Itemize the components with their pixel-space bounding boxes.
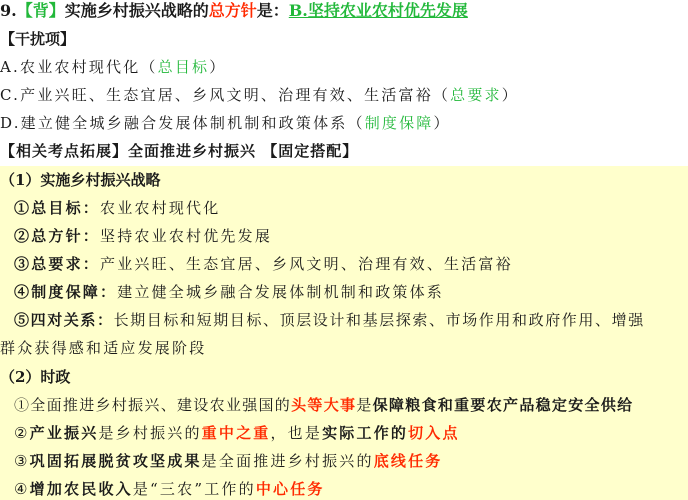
option-label: A.	[0, 58, 20, 76]
item-text: 建立健全城乡融合发展体制机制和政策体系	[117, 283, 444, 301]
item-text: 长期目标和短期目标、顶层设计和基层探索、市场作用和政府作用、增强	[114, 311, 645, 329]
item-key: ④制度保障：	[14, 283, 117, 301]
item-text: 农业农村现代化	[100, 199, 220, 217]
item-text: 坚持农业农村优先发展	[100, 227, 272, 245]
option-tag: 总要求	[450, 86, 502, 104]
item-text: 是乡村振兴的	[98, 424, 201, 442]
item-highlight: 底线任务	[374, 452, 443, 470]
item-text: ，也是	[270, 424, 322, 442]
item-emphasis: 巩固拓展脱贫攻坚成果	[30, 452, 202, 470]
section1-item-4: ④制度保障：建立健全城乡融合发展体制机制和政策体系	[14, 280, 444, 304]
option-close: ）	[434, 114, 451, 132]
stem-prefix: 实施乡村振兴战略的	[65, 1, 209, 20]
option-text: 产业兴旺、生态宜居、乡风文明、治理有效、生活富裕（	[20, 86, 450, 104]
item-text: ④	[14, 480, 30, 498]
item-highlight: 切入点	[408, 424, 460, 442]
item-text: 是	[356, 396, 372, 414]
section2-item-4: ④增加农民收入是“三农”工作的中心任务	[14, 477, 325, 500]
distractor-a: A.农业农村现代化（总目标）	[0, 55, 226, 79]
option-close: ）	[502, 86, 519, 104]
item-text: ③	[14, 452, 30, 470]
item-text: 是全面推进乡村振兴的	[202, 452, 374, 470]
distractors-heading: 【干扰项】	[0, 27, 75, 51]
memorize-tag: 【背】	[17, 1, 65, 20]
section2-title: （2）时政	[0, 365, 70, 389]
stem-suffix: 是：	[257, 1, 289, 20]
item-emphasis: 实际工作的	[322, 424, 408, 442]
option-close: ）	[209, 58, 226, 76]
item-key: ⑤四对关系：	[14, 311, 114, 329]
section1-item-1: ①总目标：农业农村现代化	[14, 196, 220, 220]
item-highlight: 重中之重	[202, 424, 271, 442]
item-emphasis: 保障粮食和重要农产品稳定安全供给	[373, 396, 634, 414]
item-text: ①全面推进乡村振兴、建设农业强国的	[14, 396, 291, 414]
item-highlight: 头等大事	[291, 396, 356, 414]
item-text: 是“三农”工作的	[133, 480, 256, 498]
option-text: 农业农村现代化（	[20, 58, 158, 76]
section2-item-2: ②产业振兴是乡村振兴的重中之重，也是实际工作的切入点	[14, 421, 460, 445]
item-highlight: 中心任务	[256, 480, 325, 498]
extension-heading: 【相关考点拓展】全面推进乡村振兴 【固定搭配】	[0, 139, 358, 163]
item-text: ②	[14, 424, 30, 442]
item-key: ①总目标：	[14, 199, 100, 217]
section1-item-5-continuation: 群众获得感和适应发展阶段	[0, 336, 206, 360]
option-text: 建立健全城乡融合发展体制机制和政策体系（	[21, 114, 365, 132]
option-tag: 总目标	[158, 58, 210, 76]
item-key: ②总方针：	[14, 227, 100, 245]
option-tag: 制度保障	[365, 114, 434, 132]
distractor-c: C.产业兴旺、生态宜居、乡风文明、治理有效、生活富裕（总要求）	[0, 83, 519, 107]
item-emphasis: 增加农民收入	[30, 480, 133, 498]
section1-item-5: ⑤四对关系：长期目标和短期目标、顶层设计和基层探索、市场作用和政府作用、增强	[14, 308, 645, 332]
section1-title: （1）实施乡村振兴战略	[0, 168, 160, 192]
section2-item-3: ③巩固拓展脱贫攻坚成果是全面推进乡村振兴的底线任务	[14, 449, 443, 473]
answer-link[interactable]: B.坚持农业农村优先发展	[289, 1, 468, 20]
item-text: 产业兴旺、生态宜居、乡风文明、治理有效、生活富裕	[100, 255, 513, 273]
distractor-d: D.建立健全城乡融合发展体制机制和政策体系（制度保障）	[0, 111, 451, 135]
item-key: ③总要求：	[14, 255, 100, 273]
option-label: D.	[0, 114, 21, 132]
option-label: C.	[0, 86, 20, 104]
item-emphasis: 产业振兴	[30, 424, 99, 442]
question-number: 9.	[0, 1, 17, 20]
section1-item-2: ②总方针：坚持农业农村优先发展	[14, 224, 272, 248]
stem-keyword: 总方针	[209, 1, 257, 20]
question-stem: 9.【背】实施乡村振兴战略的总方针是：B.坚持农业农村优先发展	[0, 0, 468, 23]
section1-item-3: ③总要求：产业兴旺、生态宜居、乡风文明、治理有效、生活富裕	[14, 252, 513, 276]
section2-item-1: ①全面推进乡村振兴、建设农业强国的头等大事是保障粮食和重要农产品稳定安全供给	[14, 393, 633, 417]
